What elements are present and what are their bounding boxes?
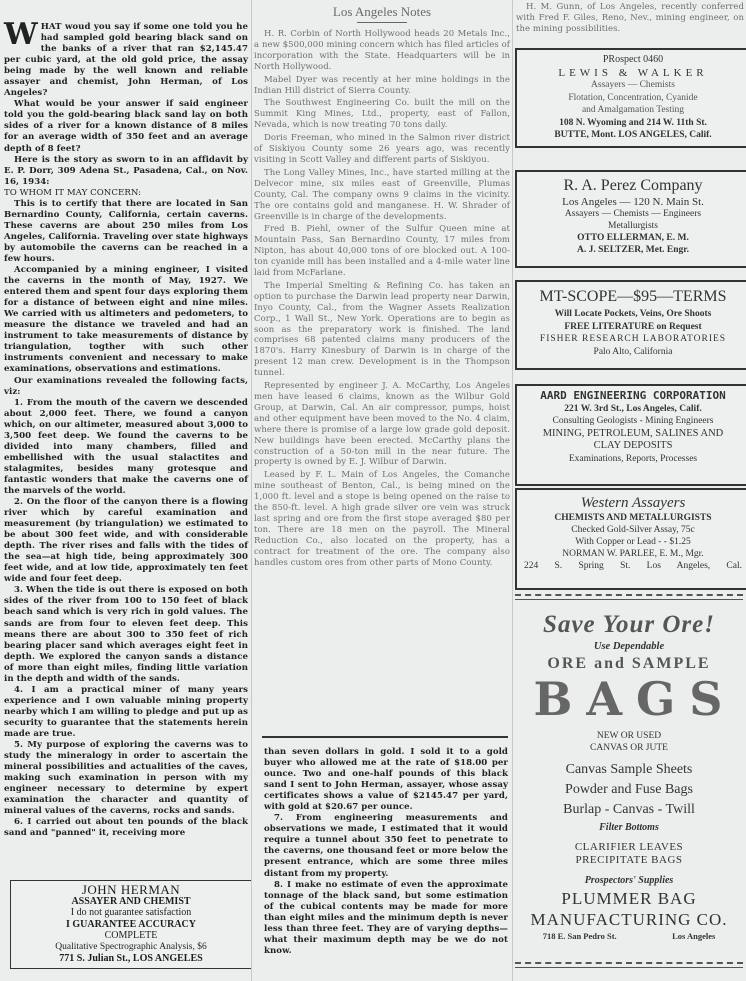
ad-line: CLARIFIER LEAVES bbox=[515, 841, 743, 854]
note-item: Fred B. Piehl, owner of the Sulfur Queen… bbox=[254, 224, 510, 279]
ad-name: PLUMMER BAG bbox=[515, 888, 743, 909]
note-item: Leased by F. L. Main of Los Angeles, the… bbox=[254, 470, 510, 568]
ad-name: MANUFACTURING CO. bbox=[515, 909, 743, 930]
title-rule bbox=[357, 22, 407, 23]
salutation: TO WHOM IT MAY CONCERN: bbox=[4, 188, 248, 199]
ad-bags-title: BAGS bbox=[515, 674, 743, 724]
note-item: The Southwest Engineering Co. built the … bbox=[254, 98, 510, 131]
article-paragraph: than seven dollars in gold. I sold it to… bbox=[264, 747, 508, 813]
ad-headline: MT-SCOPE—$95—TERMS bbox=[520, 286, 746, 308]
note-item: Doris Freeman, who mined in the Salmon r… bbox=[254, 133, 510, 166]
ad-line: Use Dependable bbox=[515, 640, 743, 654]
ad-line: Burlap - Canvas - Twill bbox=[515, 800, 743, 820]
ad-name: LEWIS & WALKER bbox=[520, 67, 746, 80]
plummer-bag-ad: Save Your Ore! Use Dependable ORE and SA… bbox=[515, 610, 743, 943]
notes-body: H. R. Corbin of North Hollywood heads 20… bbox=[254, 29, 510, 569]
ad-address: BUTTE, Mont. LOS ANGELES, Calif. bbox=[520, 129, 746, 142]
mt-scope-ad: MT-SCOPE—$95—TERMS Will Locate Pockets, … bbox=[515, 280, 746, 370]
article-paragraph: 7. From engineering measurements and obs… bbox=[264, 813, 508, 879]
john-herman-ad: JOHN HERMAN ASSAYER AND CHEMIST I do not… bbox=[10, 880, 252, 969]
ad-line: Filter Bottoms bbox=[515, 820, 743, 835]
ad-address: 108 N. Wyoming and 214 W. 11th St. bbox=[520, 117, 746, 130]
ad-line: ORE and SAMPLE bbox=[515, 654, 743, 674]
dropcap: W bbox=[4, 23, 38, 47]
ad-address: 221 W. 3rd St., Los Angeles, Calif. bbox=[520, 403, 746, 416]
ad-name: Western Assayers bbox=[520, 494, 746, 512]
ad-border-bottom bbox=[515, 962, 743, 968]
ad-address: Los Angeles — 120 N. Main St. bbox=[520, 196, 746, 208]
ad-line: Examinations, Reports, Processes bbox=[520, 453, 746, 466]
ad-line: With Copper or Lead - - $1.25 bbox=[520, 536, 746, 548]
note-item: H. R. Corbin of North Hollywood heads 20… bbox=[254, 29, 510, 73]
article-paragraph: This is to certify that there are locate… bbox=[4, 199, 248, 265]
ad-line: Will Locate Pockets, Veins, Ore Shoots bbox=[520, 308, 746, 321]
ad-line: Consulting Geologists - Mining Engineers bbox=[520, 415, 746, 428]
article-paragraph: Accompanied by a mining engineer, I visi… bbox=[4, 265, 248, 375]
ad-line: FISHER RESEARCH LABORATORIES bbox=[520, 333, 746, 346]
ad-line: PRECIPITATE BAGS bbox=[515, 854, 743, 867]
ad-line: MINING, PETROLEUM, SALINES AND bbox=[520, 428, 746, 441]
ad-line: COMPLETE bbox=[13, 930, 249, 942]
ad-line: FREE LITERATURE on Request bbox=[520, 321, 746, 334]
ad-headline: Save Your Ore! bbox=[515, 610, 743, 640]
note-item: H. M. Gunn, of Los Angeles, recently con… bbox=[516, 2, 744, 35]
ad-line: CLAY DEPOSITS bbox=[520, 440, 746, 453]
notes-title: Los Angeles Notes bbox=[254, 4, 510, 20]
article-paragraph: 2. On the floor of the canyon there is a… bbox=[4, 497, 248, 585]
ad-line: A. J. SELTZER, Met. Engr. bbox=[520, 244, 746, 256]
article-paragraph: 1. From the mouth of the cavern we desce… bbox=[4, 398, 248, 497]
article-paragraph: 8. I make no estimate of even the approx… bbox=[264, 880, 508, 957]
western-assayers-ad: Western Assayers CHEMISTS AND METALLURGI… bbox=[515, 488, 746, 590]
ad-name: R. A. Perez Company bbox=[520, 176, 746, 196]
article-column: WHAT woud you say if some one told you h… bbox=[4, 22, 248, 839]
article-paragraph: 5. My purpose of exploring the caverns w… bbox=[4, 740, 248, 817]
ad-name: AARD ENGINEERING CORPORATION bbox=[520, 390, 746, 403]
ad-line: CANVAS OR JUTE bbox=[515, 742, 743, 754]
lewis-walker-ad: PRospect 0460 LEWIS & WALKER Assayers — … bbox=[515, 48, 746, 148]
ad-line: NEW OR USED bbox=[515, 730, 743, 742]
aard-engineering-ad: AARD ENGINEERING CORPORATION 221 W. 3rd … bbox=[515, 384, 746, 486]
ad-line: Qualitative Spectrographic Analysis, $6 bbox=[13, 942, 249, 954]
note-item: Mabel Dyer was recently at her mine hold… bbox=[254, 75, 510, 97]
ad-line: OTTO ELLERMAN, E. M. bbox=[520, 232, 746, 244]
ad-phone: PRospect 0460 bbox=[520, 54, 746, 67]
ad-line: Metallurgists bbox=[520, 220, 746, 232]
ad-name: JOHN HERMAN bbox=[13, 884, 249, 896]
ad-line: Assayers — Chemists bbox=[520, 79, 746, 92]
ad-address: 718 E. San Pedro St. Los Angeles bbox=[515, 930, 743, 943]
ad-line: Palo Alto, California bbox=[520, 346, 746, 359]
article-intro-2: What would be your answer if said engine… bbox=[4, 99, 248, 154]
ad-line: and Amalgamation Testing bbox=[520, 104, 746, 117]
article-paragraph: 4. I am a practical miner of many years … bbox=[4, 685, 248, 740]
article-paragraph: Our examinations revealed the following … bbox=[4, 376, 248, 398]
ad-line: Flotation, Concentration, Cyanide bbox=[520, 92, 746, 105]
ad-address: 771 S. Julian St., LOS ANGELES bbox=[13, 953, 249, 965]
notes-column: Los Angeles Notes H. R. Corbin of North … bbox=[254, 0, 510, 569]
article-intro-3: Here is the story as sworn to in an affi… bbox=[4, 155, 248, 188]
note-item: Represented by engineer J. A. McCarthy, … bbox=[254, 381, 510, 468]
ad-line: Assayers — Chemists — Engineers bbox=[520, 208, 746, 220]
ad-line: I do not guarantee satisfaction bbox=[13, 907, 249, 919]
article-paragraph: 3. When the tide is out there is exposed… bbox=[4, 585, 248, 684]
notes-continued: H. M. Gunn, of Los Angeles, recently con… bbox=[516, 2, 744, 35]
ad-line: NORMAN W. PARLEE, E. M., Mgr. bbox=[520, 548, 746, 560]
column-divider bbox=[251, 0, 252, 981]
ad-line: CHEMISTS AND METALLURGISTS bbox=[520, 512, 746, 524]
ad-line: Prospectors' Supplies bbox=[515, 873, 743, 888]
ad-line: Powder and Fuse Bags bbox=[515, 780, 743, 800]
section-rule bbox=[262, 736, 508, 738]
ad-border-top bbox=[515, 594, 743, 600]
note-item: The Imperial Smelting & Refining Co. has… bbox=[254, 281, 510, 379]
article-intro-1: WHAT woud you say if some one told you h… bbox=[4, 22, 248, 99]
ad-line: Checked Gold-Silver Assay, 75c bbox=[520, 524, 746, 536]
ad-address: 224 S. Spring St. Los Angeles, Cal. bbox=[520, 560, 746, 572]
ad-line: I GUARANTEE ACCURACY bbox=[13, 919, 249, 931]
ad-title: ASSAYER AND CHEMIST bbox=[13, 896, 249, 908]
article-continuation: than seven dollars in gold. I sold it to… bbox=[264, 747, 508, 957]
note-item: The Long Valley Mines, Inc., have starte… bbox=[254, 168, 510, 223]
perez-company-ad: R. A. Perez Company Los Angeles — 120 N.… bbox=[515, 170, 746, 268]
article-paragraph: 6. I carried out about ten pounds of the… bbox=[4, 817, 248, 839]
column-divider bbox=[512, 0, 513, 981]
ad-line: Canvas Sample Sheets bbox=[515, 760, 743, 780]
